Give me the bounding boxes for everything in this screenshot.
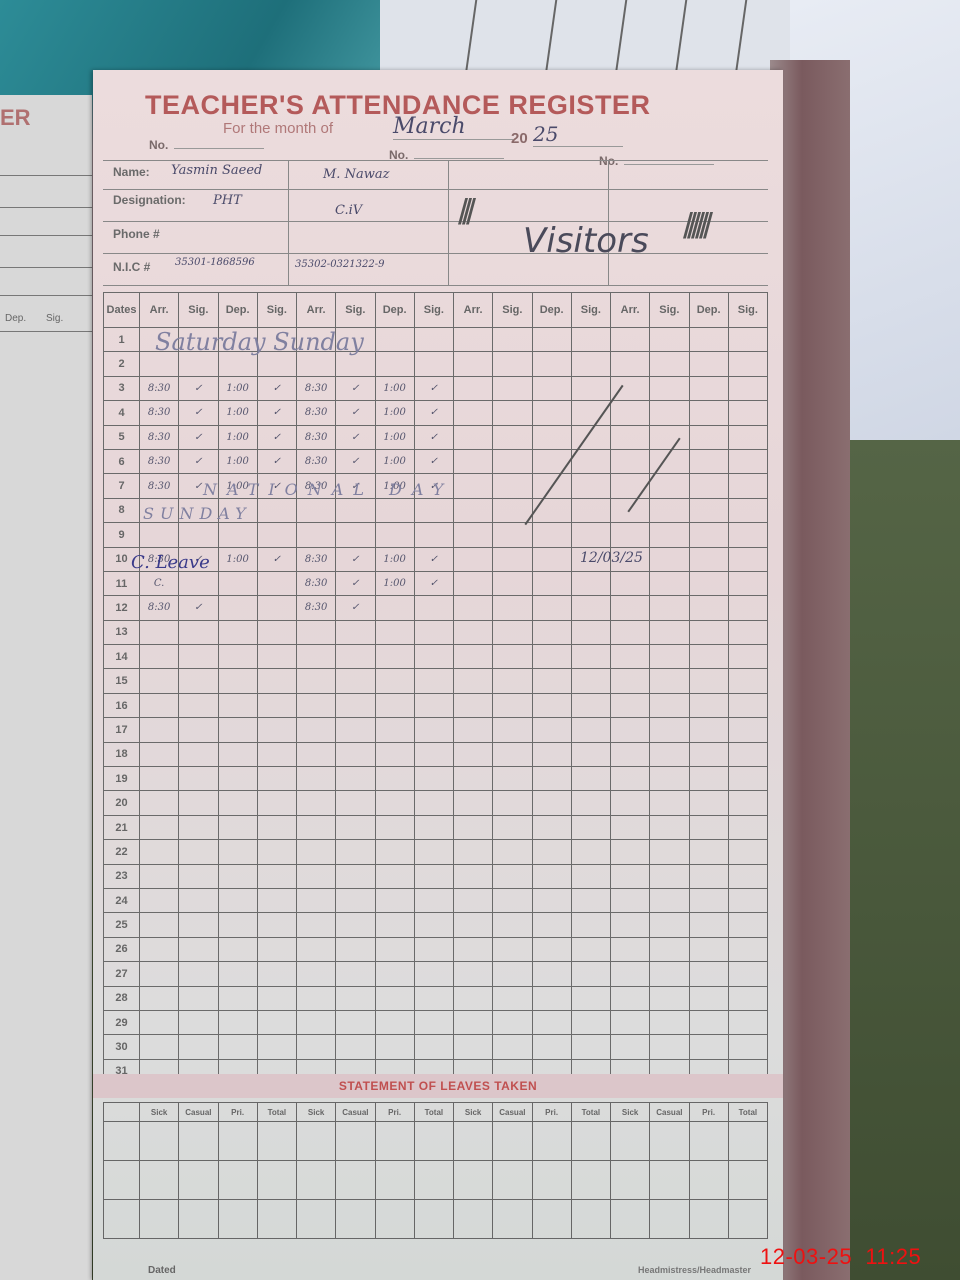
date-cell: 19 [104,767,140,791]
attendance-cell [611,767,650,791]
attendance-cell [650,669,689,693]
attendance-cell: ✓ [414,449,453,473]
attendance-cell [532,498,571,522]
attendance-cell [611,523,650,547]
attendance-row: 27 [104,962,768,986]
attendance-row: 58:30✓1:00✓8:30✓1:00✓ [104,425,768,449]
attendance-cell [728,937,767,961]
attendance-cell [689,449,728,473]
leaves-cell [689,1161,728,1200]
attendance-row: 23 [104,864,768,888]
nic-label: N.I.C # [113,260,150,274]
attendance-cell [218,523,257,547]
attendance-cell [493,328,532,352]
attendance-cell [650,328,689,352]
attendance-cell [571,474,610,498]
attendance-cell [650,498,689,522]
leaves-cell [454,1161,493,1200]
attendance-cell [611,620,650,644]
leaves-cell [689,1200,728,1239]
attendance-cell [257,693,296,717]
attendance-cell: 8:30 [297,425,336,449]
attendance-cell [728,1035,767,1059]
attendance-cell [650,937,689,961]
attendance-row: 128:30✓8:30✓ [104,596,768,620]
attendance-cell [650,425,689,449]
attendance-cell [571,328,610,352]
attendance-cell [218,718,257,742]
attendance-cell [454,596,493,620]
leaves-cell [375,1122,414,1161]
attendance-cell [179,864,218,888]
attendance-cell [454,864,493,888]
attendance-cell [375,596,414,620]
attendance-cell [728,742,767,766]
attendance-cell [375,888,414,912]
attendance-cell [218,596,257,620]
attendance-cell [493,767,532,791]
attendance-cell [414,791,453,815]
attendance-cell [571,645,610,669]
attendance-cell [414,1010,453,1034]
attendance-cell [297,864,336,888]
date-cell: 17 [104,718,140,742]
attendance-cell [454,767,493,791]
attendance-cell [650,693,689,717]
leaves-cell [297,1161,336,1200]
left-page-header: ER [0,105,31,131]
attendance-row: 28 [104,986,768,1010]
attendance-cell: 8:30 [140,425,179,449]
attendance-cell [689,352,728,376]
attendance-cell [650,401,689,425]
attendance-cell [493,352,532,376]
attendance-cell [375,986,414,1010]
attendance-cell [571,864,610,888]
leaves-cell [375,1200,414,1239]
dated-label: Dated [148,1265,176,1276]
camera-time: 11:25 [865,1244,921,1269]
attendance-cell [650,352,689,376]
attendance-cell [414,840,453,864]
date-cell: 28 [104,986,140,1010]
col-sick: Sick [140,1103,179,1122]
attendance-cell [611,1035,650,1059]
attendance-cell [650,962,689,986]
attendance-cell [571,888,610,912]
leaves-cell [414,1200,453,1239]
attendance-cell [414,962,453,986]
attendance-cell [728,791,767,815]
attendance-cell: 8:30 [297,596,336,620]
attendance-cell [140,767,179,791]
attendance-cell [611,718,650,742]
attendance-cell [140,718,179,742]
attendance-cell: 8:30 [140,449,179,473]
attendance-cell [650,986,689,1010]
attendance-cell [297,645,336,669]
leaves-cell [571,1200,610,1239]
attendance-cell [493,474,532,498]
attendance-cell [140,645,179,669]
attendance-cell [532,571,571,595]
teacher-info-block: Name: Yasmin Saeed M. Nawaz Designation:… [103,160,768,286]
attendance-cell [571,571,610,595]
attendance-cell [179,1035,218,1059]
attendance-cell [728,596,767,620]
leaves-cell [493,1161,532,1200]
note-sunday: SUNDAY [143,504,252,523]
visitor-signature-date: 12/03/25 [580,550,643,566]
attendance-cell [611,401,650,425]
attendance-cell [297,815,336,839]
attendance-cell [414,328,453,352]
attendance-cell [650,596,689,620]
attendance-cell: ✓ [179,376,218,400]
attendance-cell [336,913,375,937]
leaves-cell [611,1122,650,1161]
attendance-cell [336,864,375,888]
col-sig: Sig. [336,293,375,328]
col-casual: Casual [179,1103,218,1122]
leaves-cell [493,1122,532,1161]
attendance-cell [571,498,610,522]
attendance-cell [650,815,689,839]
attendance-cell: 8:30 [140,474,179,498]
leaves-cell [650,1161,689,1200]
attendance-cell: 8:30 [140,401,179,425]
attendance-cell [571,791,610,815]
attendance-cell [179,669,218,693]
attendance-cell [611,693,650,717]
attendance-cell [414,718,453,742]
attendance-cell [493,449,532,473]
attendance-cell [728,645,767,669]
attendance-cell [728,376,767,400]
attendance-cell [532,352,571,376]
attendance-cell [493,571,532,595]
attendance-cell [611,571,650,595]
leaves-row [104,1122,768,1161]
attendance-cell [532,1010,571,1034]
attendance-cell [218,937,257,961]
attendance-cell [218,864,257,888]
leaves-cell [650,1122,689,1161]
number-field-1: No. [149,138,264,152]
attendance-cell [728,571,767,595]
attendance-cell [454,547,493,571]
attendance-cell [611,449,650,473]
attendance-cell: ✓ [179,401,218,425]
attendance-cell [532,645,571,669]
attendance-row: 22 [104,840,768,864]
attendance-cell [728,425,767,449]
note-weekend: Saturday Sunday [155,328,364,356]
col-sig: Sig. [414,293,453,328]
attendance-row: 14 [104,645,768,669]
attendance-cell: 1:00 [375,376,414,400]
leaves-cell [104,1200,140,1239]
attendance-cell [689,425,728,449]
date-cell: 18 [104,742,140,766]
date-cell: 23 [104,864,140,888]
attendance-cell [218,986,257,1010]
attendance-cell [336,1010,375,1034]
attendance-cell [571,1035,610,1059]
attendance-cell [532,620,571,644]
date-cell: 27 [104,962,140,986]
attendance-cell [728,449,767,473]
attendance-cell [297,937,336,961]
attendance-cell [336,718,375,742]
attendance-cell: ✓ [336,449,375,473]
attendance-cell [689,596,728,620]
attendance-cell [140,742,179,766]
attendance-cell [454,571,493,595]
attendance-cell [218,791,257,815]
year-value: 25 [533,122,623,147]
col-arr: Arr. [454,293,493,328]
date-cell: 22 [104,840,140,864]
attendance-cell [414,620,453,644]
attendance-cell [257,767,296,791]
attendance-cell [140,913,179,937]
attendance-cell [414,888,453,912]
attendance-cell [532,913,571,937]
month-label: For the month of [223,120,333,137]
attendance-register-page: TEACHER'S ATTENDANCE REGISTER For the mo… [93,70,783,1280]
attendance-cell [257,913,296,937]
attendance-cell [532,376,571,400]
attendance-cell [689,328,728,352]
attendance-cell [611,645,650,669]
attendance-cell [336,1035,375,1059]
attendance-row: 16 [104,693,768,717]
attendance-cell [728,498,767,522]
attendance-cell [297,693,336,717]
attendance-cell [689,547,728,571]
attendance-cell [140,888,179,912]
attendance-cell: C. [140,571,179,595]
attendance-cell [454,645,493,669]
attendance-cell [414,645,453,669]
col-casual: Casual [650,1103,689,1122]
attendance-cell [493,815,532,839]
attendance-cell [493,645,532,669]
leaves-cell [728,1161,767,1200]
attendance-cell [454,352,493,376]
attendance-cell [571,962,610,986]
attendance-cell [611,1010,650,1034]
attendance-cell [257,498,296,522]
attendance-cell: ✓ [257,376,296,400]
attendance-cell [414,937,453,961]
attendance-cell: 1:00 [375,401,414,425]
date-cell: 15 [104,669,140,693]
attendance-cell [650,376,689,400]
attendance-cell [532,742,571,766]
date-cell: 25 [104,913,140,937]
attendance-cell [728,620,767,644]
attendance-cell [454,913,493,937]
name-label: Name: [113,165,150,179]
attendance-cell: 8:30 [297,571,336,595]
attendance-cell [728,986,767,1010]
attendance-cell [611,840,650,864]
attendance-cell [218,620,257,644]
attendance-cell [571,352,610,376]
visitors-note: Visitors [523,221,649,261]
leaves-cell [218,1200,257,1239]
attendance-cell [611,791,650,815]
leaves-cell [104,1122,140,1161]
attendance-cell [140,620,179,644]
attendance-cell [414,815,453,839]
attendance-cell [454,669,493,693]
background-paper [380,0,800,75]
attendance-cell [257,669,296,693]
attendance-row: 26 [104,937,768,961]
leaves-cell [140,1200,179,1239]
attendance-cell [493,888,532,912]
attendance-body: 1238:30✓1:00✓8:30✓1:00✓48:30✓1:00✓8:30✓1… [104,328,768,1084]
attendance-cell [336,888,375,912]
attendance-table: Dates Arr. Sig. Dep. Sig. Arr. Sig. Dep.… [103,292,768,1084]
attendance-cell [140,815,179,839]
attendance-cell [375,693,414,717]
hatch-marks-left: /// [458,191,470,233]
attendance-cell [179,840,218,864]
attendance-cell [454,718,493,742]
attendance-cell: ✓ [257,449,296,473]
date-cell: 5 [104,425,140,449]
leaves-cell [336,1200,375,1239]
attendance-cell [493,718,532,742]
attendance-row: 18 [104,742,768,766]
leaves-cell [611,1161,650,1200]
leaves-cell [257,1122,296,1161]
attendance-cell [728,523,767,547]
attendance-cell: ✓ [336,596,375,620]
attendance-cell [257,840,296,864]
attendance-cell [454,523,493,547]
attendance-cell [336,693,375,717]
attendance-cell [493,742,532,766]
attendance-row: 48:30✓1:00✓8:30✓1:00✓ [104,401,768,425]
background-green-cloth [840,440,960,1280]
attendance-cell [140,1010,179,1034]
attendance-cell [140,840,179,864]
leaves-cell [336,1161,375,1200]
date-cell: 3 [104,376,140,400]
attendance-cell [650,742,689,766]
attendance-cell: ✓ [336,401,375,425]
teacher2-nic: 35302-0321322-9 [295,259,384,270]
attendance-cell [375,328,414,352]
attendance-cell [414,864,453,888]
attendance-cell [571,840,610,864]
attendance-cell [728,1010,767,1034]
leaves-cell [493,1200,532,1239]
attendance-cell [493,791,532,815]
attendance-cell [689,571,728,595]
attendance-cell: 1:00 [218,401,257,425]
attendance-cell: ✓ [414,401,453,425]
attendance-cell [336,498,375,522]
attendance-cell [728,962,767,986]
attendance-cell [493,1035,532,1059]
attendance-cell [140,864,179,888]
attendance-cell [611,376,650,400]
attendance-cell [336,645,375,669]
attendance-cell [728,328,767,352]
attendance-cell [728,864,767,888]
teacher1-name: Yasmin Saeed [171,163,262,178]
headmaster-label: Headmistress/Headmaster [638,1265,751,1275]
attendance-row: 17 [104,718,768,742]
leaves-row [104,1200,768,1239]
attendance-cell [257,1035,296,1059]
attendance-cell [297,742,336,766]
attendance-header-row: Dates Arr. Sig. Dep. Sig. Arr. Sig. Dep.… [104,293,768,328]
attendance-cell: ✓ [414,547,453,571]
attendance-cell [140,986,179,1010]
attendance-cell [532,840,571,864]
date-cell: 24 [104,888,140,912]
attendance-cell: 8:30 [140,376,179,400]
attendance-cell [257,571,296,595]
attendance-cell [571,449,610,473]
date-cell: 14 [104,645,140,669]
attendance-cell [375,718,414,742]
leaves-table: Sick Casual Pri. Total Sick Casual Pri. … [103,1102,768,1239]
col-sig: Sig. [571,293,610,328]
leaves-cell [689,1122,728,1161]
attendance-cell: 8:30 [297,547,336,571]
col-casual: Casual [493,1103,532,1122]
attendance-cell [179,718,218,742]
attendance-cell [297,962,336,986]
attendance-row: 38:30✓1:00✓8:30✓1:00✓ [104,376,768,400]
attendance-cell [414,913,453,937]
attendance-cell [336,742,375,766]
attendance-cell [297,718,336,742]
attendance-cell [493,498,532,522]
col-sig: Sig. [650,293,689,328]
attendance-cell [532,767,571,791]
attendance-cell [454,937,493,961]
attendance-cell [375,1010,414,1034]
col-pri: Pri. [375,1103,414,1122]
attendance-cell [257,523,296,547]
attendance-cell [218,693,257,717]
attendance-cell [611,864,650,888]
attendance-cell: 1:00 [375,449,414,473]
leaves-cell [375,1161,414,1200]
col-sig: Sig. [493,293,532,328]
leaves-cell [179,1161,218,1200]
attendance-cell: ✓ [257,425,296,449]
month-value: March [393,114,513,140]
attendance-cell [571,669,610,693]
attendance-cell [140,693,179,717]
col-pri: Pri. [689,1103,728,1122]
attendance-cell [532,718,571,742]
attendance-cell [414,986,453,1010]
leaves-cell [571,1122,610,1161]
teacher1-nic: 35301-1868596 [175,257,255,268]
attendance-cell [375,864,414,888]
